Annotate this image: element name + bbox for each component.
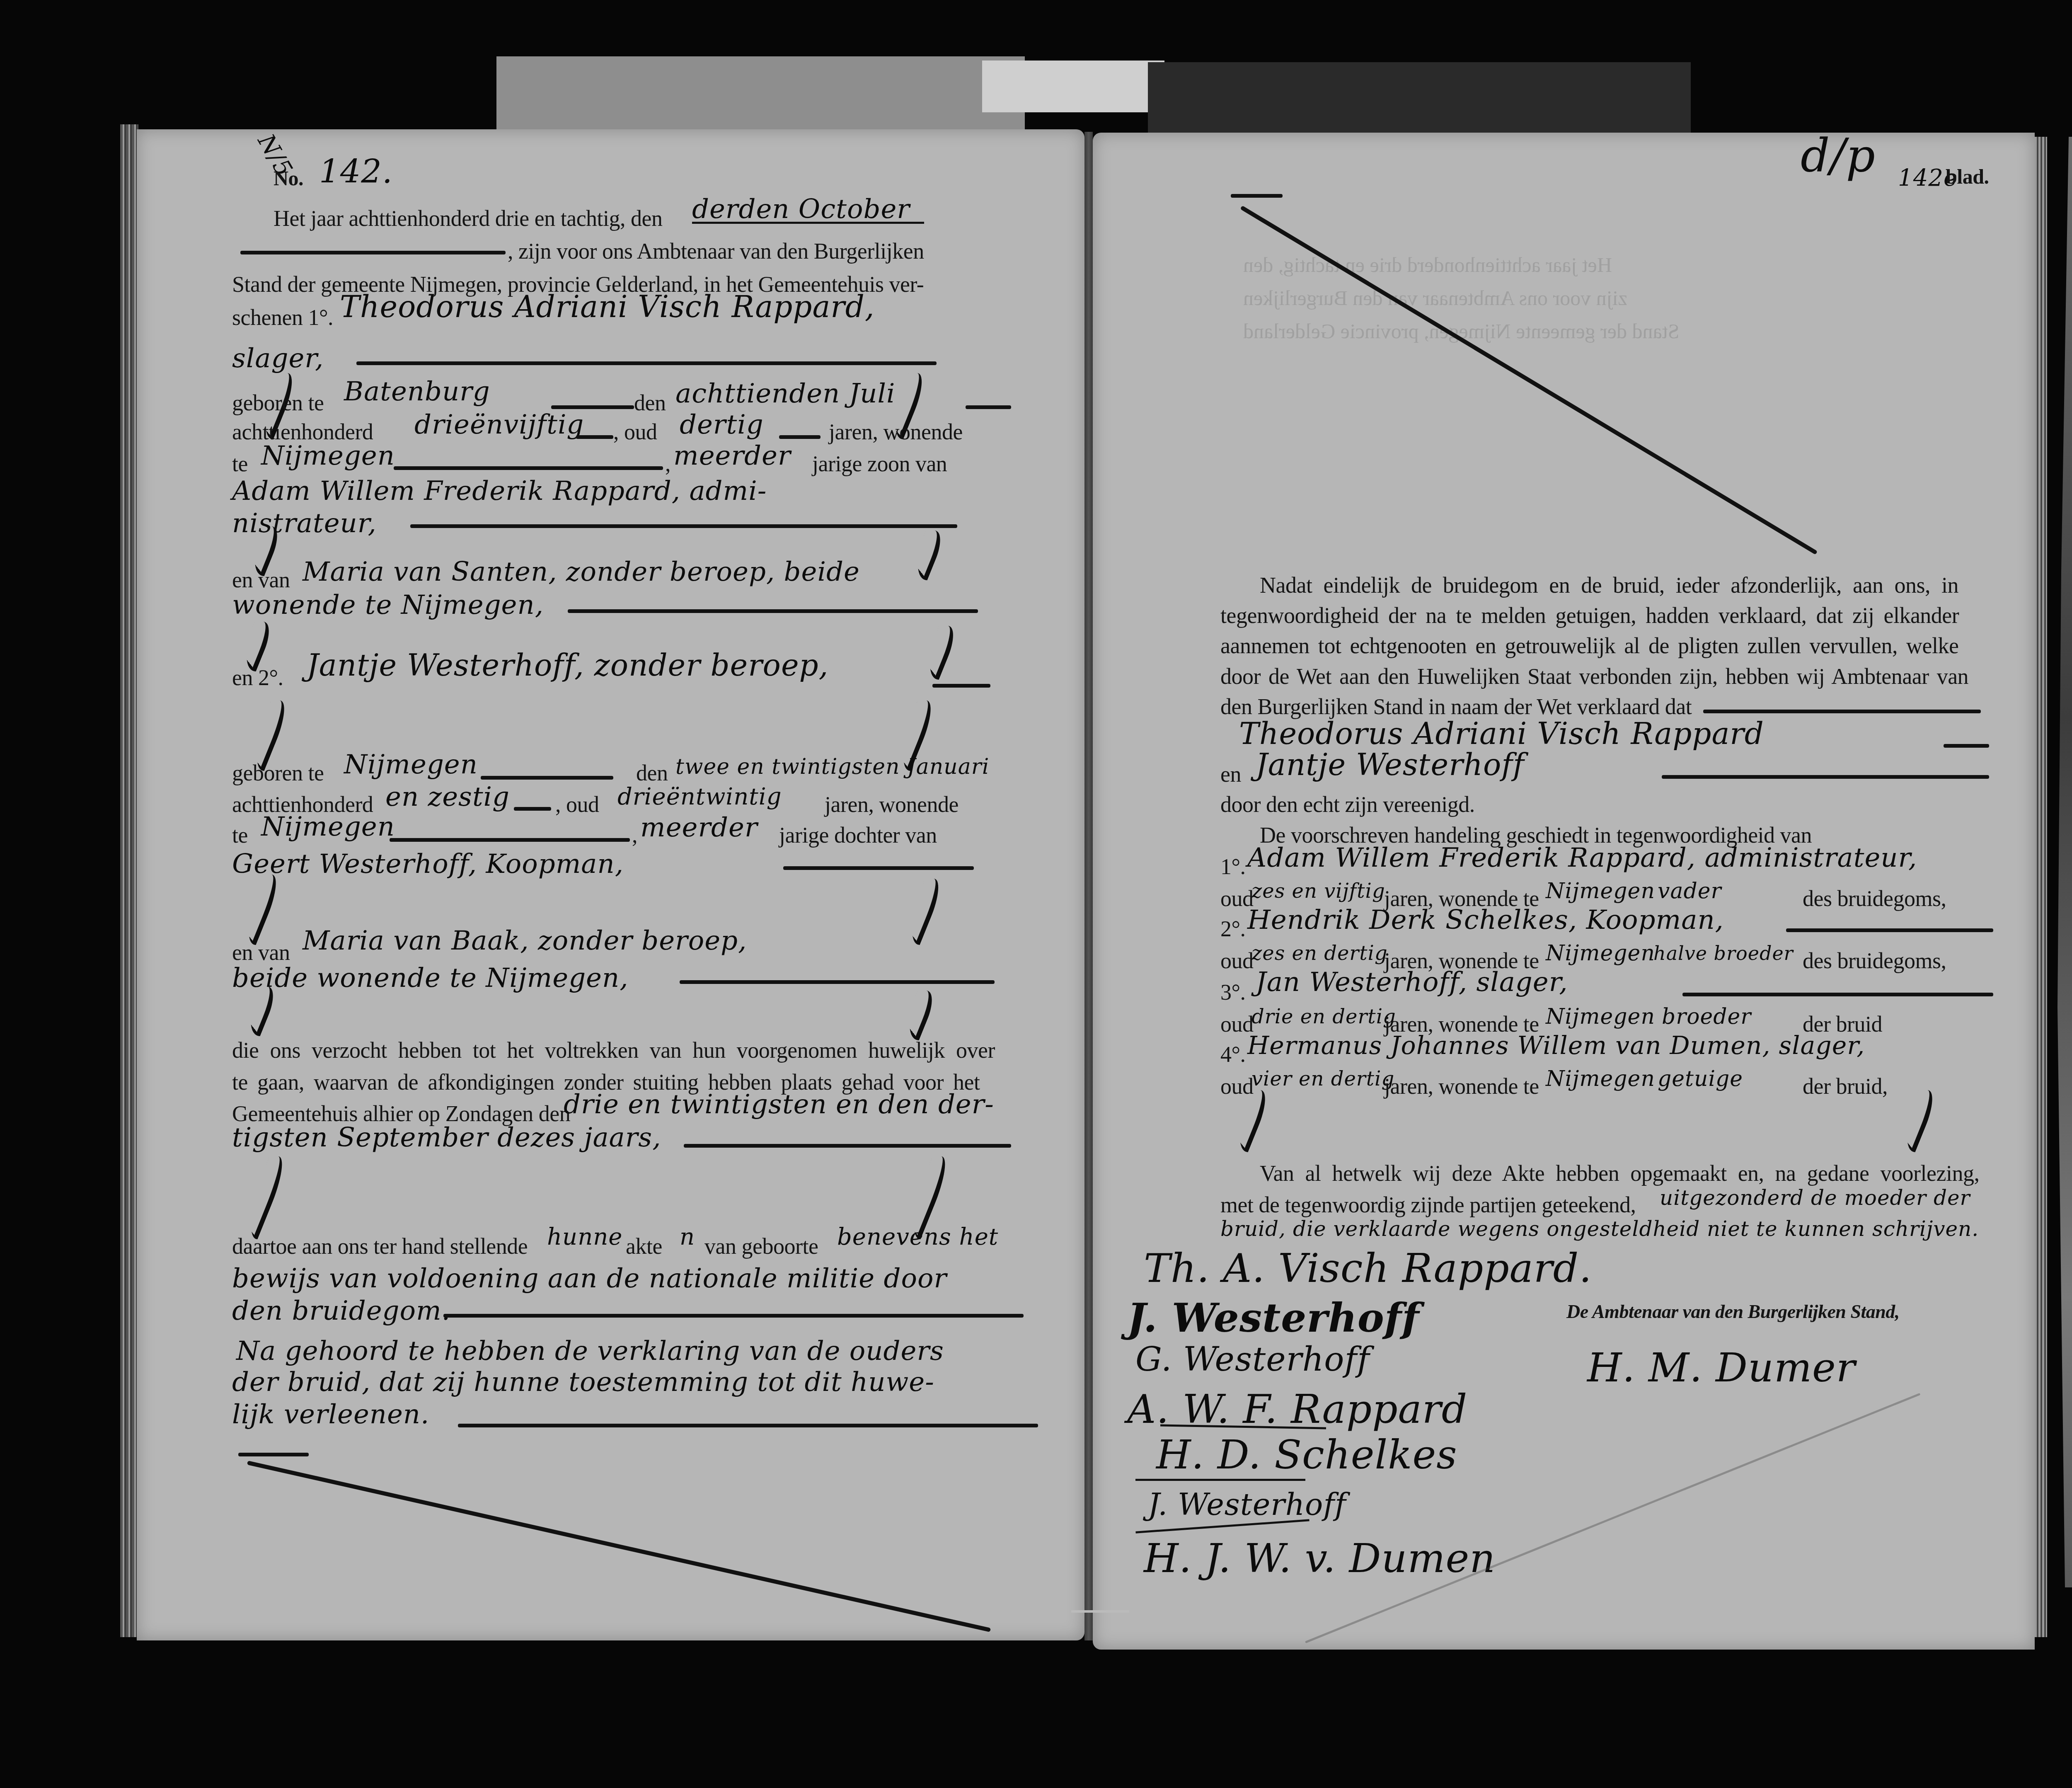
folio-annotation: d/p [1801,141,1876,170]
signature-flourish [1135,1479,1305,1481]
witness-name: Hendrik Derk Schelkes, Koopman, [1247,906,1724,935]
text-line: Nadat eindelijk de bruidegom en de bruid… [1260,573,1958,598]
witness-age: drie en dertig [1251,1002,1396,1031]
bleed-through-text: zijn voor ons Ambtenaar van den Burgerli… [1243,286,1627,310]
residence: Nijmegen [261,441,395,470]
witness-number: 1°. [1220,854,1246,879]
page-edges-left [120,124,138,1637]
text-fragment: jarige dochter van [779,823,937,848]
text-fragment: des bruidegoms, [1803,948,1946,973]
text-fragment: den [634,390,666,415]
registrar-label: De Ambtenaar van den Burgerlijken Stand, [1566,1299,1900,1324]
handwritten-line: der bruid, dat zij hunne toestemming tot… [232,1368,934,1397]
fill-line [240,251,506,254]
text-line: aannemen tot echtgenooten en getrouwelij… [1220,633,1958,658]
signature-groom-father: A. W. F. Rappard [1127,1388,1467,1430]
fill-line [394,466,663,470]
text-fragment: , [632,823,637,848]
text-line: die ons verzocht hebben tot het voltrekk… [232,1038,995,1063]
text-fragment: , [665,451,670,476]
fill-line [568,609,978,613]
text-fragment: daartoe aan ons ter hand stellende [232,1234,528,1259]
fill-line [551,405,634,409]
birthplace: Batenburg [344,377,490,406]
fill-line [481,776,613,780]
signature-bride-father: G. Westerhoff [1135,1339,1370,1380]
text-line: door den echt zijn vereenigd. [1220,792,1475,817]
witness-relation: broeder [1662,1002,1751,1031]
text-line: door de Wet aan den Huwelijken Staat ver… [1220,664,1968,689]
groom-father: Adam Willem Frederik Rappard, admi- [232,477,767,506]
page-tab [496,56,1025,139]
bride-mother: Maria van Baak, zonder beroep, [303,926,747,955]
text-fragment: en 2°. [232,665,283,690]
handwritten-note: uitgezonderd de moeder der [1660,1183,1970,1212]
bride-age: drieëntwintig [617,783,782,812]
text-line: tegenwoordigheid der na te melden getuig… [1220,603,1959,628]
text-line: Van al hetwelk wij deze Akte hebben opge… [1260,1161,1979,1186]
text-fragment: , oud [555,792,599,817]
signature-witness-2: H. D. Schelkes [1156,1434,1457,1475]
witness-age: zes en vijftig [1251,877,1385,906]
bleed-through-text: Het jaar achttienhonderd drie en tachtig… [1243,253,1612,277]
record-number-label: No. [274,166,303,191]
text-fragment: jaren, wonende [829,419,963,444]
text-fragment: oud [1220,948,1254,973]
book-cover-shadow [1148,62,1691,133]
handwritten-line: Na gehoord te hebben de verklaring van d… [236,1337,944,1366]
fill-line [783,866,974,870]
bride-name-declared: Jantje Westerhoff [1256,750,1525,779]
tab-label [982,61,1164,112]
signature-groom: Th. A. Visch Rappard. [1144,1248,1592,1289]
fill-line [680,980,995,984]
fill-line [238,1453,309,1456]
handwritten-fragment: n [680,1223,695,1252]
bride-residence: Nijmegen [261,812,395,841]
signature-witness-4: H. J. W. v. Dumen [1144,1538,1496,1579]
fill-line [1682,993,1993,996]
witness-name: Jan Westerhoff, slager, [1256,968,1568,997]
text-fragment: jaren, wonende te [1384,1074,1539,1099]
fill-line [514,807,551,811]
fill-line [1944,744,1989,748]
record-number: 142. [319,157,393,187]
witness-relation: vader [1658,877,1721,906]
text-fragment: des bruidegoms, [1803,886,1946,911]
birth-date: achttienden Juli [675,379,895,408]
witness-number: 4°. [1220,1042,1246,1067]
handwritten-line: bewijs van voldoening aan de nationale m… [232,1264,947,1293]
witness-number: 3°. [1220,980,1246,1005]
torn-paper-scrap [2057,137,2072,1587]
book-spine [1084,132,1093,1640]
proclamation-dates: drie en twintigsten en den der- [564,1090,994,1119]
age: dertig [680,410,764,439]
signature-witness-3: J. Westerhoff [1148,1484,1346,1525]
text-fragment: geboren te [232,761,324,785]
handwritten-date: derden October [692,195,910,224]
text-fragment: der bruid, [1803,1074,1888,1099]
text-fragment: en van [232,940,290,965]
handwritten-line: lijk verleenen. [232,1400,429,1429]
text-fragment: te [232,823,248,848]
fill-line [966,405,1011,409]
text-fragment: den [636,761,668,785]
fill-line [410,524,957,528]
text-fragment: akte [626,1234,662,1259]
text-fragment: oud [1220,1074,1254,1099]
text-fragment: jarige zoon van [812,451,947,476]
majority-status: meerder [673,441,791,470]
witness-residence: Nijmegen [1546,1064,1655,1093]
groom-father-occupation: nistrateur, [232,509,377,538]
text-line: den Burgerlijken Stand in naam der Wet v… [1220,694,1692,719]
fill-line [390,838,630,842]
folio-label: blad. [1946,164,1989,189]
bride-name: Jantje Westerhoff, zonder beroep, [307,651,829,680]
fill-line [692,222,924,224]
text-fragment: en [1220,762,1241,787]
fill-line [443,1314,1024,1318]
groom-name: Theodorus Adriani Visch Rappard, [340,292,875,321]
text-line: geboren te [232,390,324,415]
text-fragment: en van [232,567,290,592]
text-fragment: , oud [613,419,657,444]
witness-relation: halve broeder [1653,939,1794,968]
bride-birth-year: en zestig [385,783,510,812]
text-line: , zijn voor ons Ambtenaar van den Burger… [508,239,924,264]
proclamation-dates-cont: tigsten September dezes jaars, [232,1123,661,1152]
handwritten-fragment: benevens het [837,1223,998,1252]
registrar-signature: H. M. Dumer [1587,1347,1856,1388]
witness-name: Hermanus Johannes Willem van Dumen, slag… [1247,1031,1865,1060]
handwritten-line: den bruidegom. [232,1296,450,1325]
text-fragment: jaren, wonende [825,792,959,817]
groom-mother: Maria van Santen, zonder beroep, beide [303,557,860,586]
bride-majority: meerder [640,813,758,842]
fill-line [1703,710,1981,713]
handwritten-note: bruid, die verklaarde wegens ongesteldhe… [1220,1214,1979,1243]
fill-line [1662,775,1989,779]
text-fragment: van geboorte [704,1234,818,1259]
groom-name-declared: Theodorus Adriani Visch Rappard [1239,719,1764,748]
witness-residence: Nijmegen [1546,939,1655,968]
groom-occupation: slager, [232,344,324,373]
text-line: Het jaar achttienhonderd drie en tachtig… [274,206,663,231]
spine-bottom-mark [1071,1610,1129,1613]
fill-line [684,1144,1011,1148]
page-edges-right [2035,137,2047,1637]
fill-line [458,1424,1038,1427]
groom-mother-residence: wonende te Nijmegen, [232,591,544,620]
witness-relation: getuige [1658,1064,1743,1093]
handwritten-fragment: hunne [547,1223,622,1252]
text-fragment: met de tegenwoordig zijnde partijen gete… [1220,1192,1636,1217]
witness-age: vier en dertig [1251,1064,1394,1093]
signature-bride: J. Westerhoff [1127,1297,1419,1339]
bride-birthplace: Nijmegen [344,750,478,779]
bride-father: Geert Westerhoff, Koopman, [232,850,624,879]
fill-line [1786,928,1993,932]
witness-number: 2°. [1220,916,1246,941]
witness-residence: Nijmegen [1546,1002,1655,1031]
witness-age: zes en dertig [1251,939,1388,968]
fill-line [779,435,821,439]
birth-year: drieënvijftig [414,410,584,439]
fill-line [576,435,613,439]
witness-name: Adam Willem Frederik Rappard, administra… [1247,843,1917,872]
witness-residence: Nijmegen [1546,877,1655,906]
text-fragment: te [232,451,248,476]
bride-birth-date: twee en twintigsten Januari [675,752,989,781]
text-line: schenen 1°. [232,305,333,330]
fill-line [932,684,990,688]
fill-line [356,361,937,365]
fill-line [1231,194,1283,198]
bride-parents-residence: beide wonende te Nijmegen, [232,964,629,993]
